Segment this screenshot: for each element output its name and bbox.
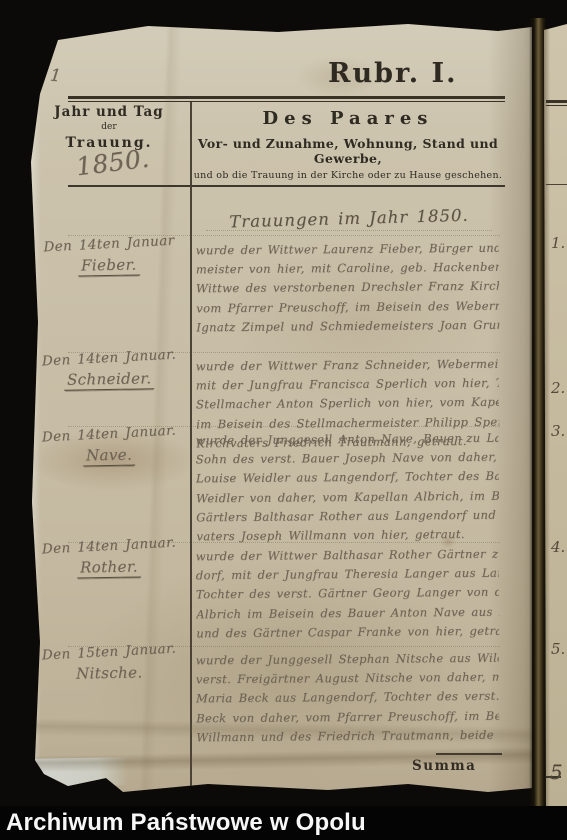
entry-date-nitsche: Den 15ten Januar. Nitsche. — [28, 644, 190, 683]
sliver-row-number: 1. — [551, 234, 565, 252]
entry-line: Albrich im Beisein des Bauer Anton Nave … — [196, 602, 499, 624]
entry-line: dorf, mit der Jungfrau Theresia Langer a… — [196, 564, 499, 586]
entry-date-schneider: Den 14ten Januar. Schneider. — [28, 350, 190, 390]
header-des-paares: Des Paares — [192, 108, 504, 129]
sliver-row-number: 5. — [551, 640, 565, 658]
entry-line: wurde der Wittwer Balthasar Rother Gärtn… — [196, 545, 499, 567]
entry-line: Beck von daher, vom Pfarrer Preuschoff, … — [196, 706, 499, 728]
entry-surname: Nave. — [83, 446, 136, 467]
entry-text-fieber: wurde der Wittwer Laurenz Fieber, Bürger… — [196, 239, 500, 338]
entry-date-nave: Den 14ten Januar. Nave. — [28, 426, 190, 466]
sliver-double-rule — [546, 100, 567, 106]
entry-line: Weidler von daher, vom Kapellan Albrich,… — [196, 486, 499, 508]
entry-line: wurde der Wittwer Laurenz Fieber, Bürger… — [196, 239, 499, 261]
entry-line: wurde der Junggesell Stephan Nitsche aus… — [196, 649, 499, 671]
column-header-date: Jahr und Tag der Trauung. — [30, 104, 188, 151]
entry-surname: Nitsche. — [73, 663, 146, 683]
entry-date-text: Den 14ten Januar — [28, 232, 191, 256]
rubric-title: Rubr. I. — [328, 58, 458, 89]
entry-surname: Fieber. — [78, 255, 140, 276]
entry-line: meister von hier, mit Caroline, geb. Hac… — [196, 258, 499, 280]
sliver-row-number: 4. — [551, 538, 565, 556]
archive-name: Archiwum Państwowe w Opolu — [6, 809, 366, 837]
entry-date-text: Den 14ten Januar. — [28, 346, 191, 370]
archive-caption-bar: Archiwum Państwowe w Opolu — [0, 806, 567, 840]
section-heading: Trauungen im Jahr 1850. — [206, 205, 492, 232]
entry-line: wurde der Wittwer Franz Schneider, Weber… — [196, 355, 499, 377]
pencil-page-number: 1 — [49, 65, 62, 86]
heading-dotted-rule — [206, 230, 492, 231]
sliver-row-number: 3. — [551, 422, 565, 440]
entry-surname: Schneider. — [64, 369, 155, 391]
entry-text-rother: wurde der Wittwer Balthasar Rother Gärtn… — [196, 545, 500, 644]
entry-line: wurde der Junggesell Anton Nave, Bauer z… — [196, 429, 499, 451]
header-subtitle-1: Vor- und Zunahme, Wohnung, Stand und Gew… — [192, 136, 504, 166]
header-top-double-rule — [68, 96, 505, 102]
entry-date-text: Den 14ten Januar. — [28, 422, 191, 446]
summa-rule — [436, 753, 502, 755]
register-page: 1 Rubr. I. Jahr und Tag der Trauung. 185… — [28, 22, 532, 792]
entry-line: Stellmacher Anton Sperlich von hier, vom… — [196, 393, 499, 415]
entry-line: Ignatz Zimpel und Schmiedemeisters Joan … — [196, 315, 499, 337]
entry-text-nave: wurde der Junggesell Anton Nave, Bauer z… — [196, 429, 500, 547]
entry-line: Willmann und des Friedrich Trautmann, be… — [196, 725, 499, 747]
entry-line: Sohn des verst. Bauer Joseph Nave von da… — [196, 448, 499, 470]
entry-date-text: Den 14ten Januar. — [28, 534, 191, 558]
entry-date-text: Den 15ten Januar. — [28, 640, 191, 664]
summa-label: Summa — [412, 758, 470, 774]
column-header-couple: Des Paares Vor- und Zunahme, Wohnung, St… — [192, 108, 504, 181]
entry-line: Gärtlers Balthasar Rother aus Langendorf… — [196, 505, 499, 527]
entry-date-rother: Den 14ten Januar. Rother. — [28, 538, 190, 578]
table-column-divider-rule — [190, 186, 192, 788]
entry-line: Maria Beck aus Langendorf, Tochter des v… — [196, 687, 499, 709]
header-subtitle-2: und ob die Trauung in der Kirche oder zu… — [192, 170, 504, 181]
entry-line: vaters Joseph Willmann von hier, getraut… — [196, 525, 499, 547]
next-page-sliver: 1. 2. 3. 4. 5. 5 — [544, 24, 567, 813]
header-der: der — [30, 122, 188, 132]
entry-line: Louise Weidler aus Langendorf, Tochter d… — [196, 467, 499, 489]
entry-line: Wittwe des verstorbenen Drechsler Franz … — [196, 277, 499, 299]
entry-text-nitsche: wurde der Junggesell Stephan Nitsche aus… — [196, 649, 500, 748]
sliver-summa-value: 5 — [550, 760, 563, 784]
paper-repair-patch — [32, 757, 128, 787]
sliver-row-number: 2. — [551, 379, 565, 397]
entry-line: verst. Freigärtner August Nitsche von da… — [196, 668, 499, 690]
entry-surname: Rother. — [77, 557, 141, 578]
header-bottom-rule — [68, 185, 505, 187]
header-jahr-und-tag: Jahr und Tag — [30, 104, 188, 120]
sliver-header-rule — [546, 184, 567, 185]
book-gutter — [529, 18, 546, 806]
photo-background: 1 Rubr. I. Jahr und Tag der Trauung. 185… — [0, 0, 567, 840]
entry-line: vom Pfarrer Preuschoff, im Beisein des W… — [196, 296, 499, 318]
entry-line: Tochter des verst. Gärtner Georg Langer … — [196, 583, 499, 605]
entry-line: mit der Jungfrau Francisca Sperlich von … — [196, 374, 499, 396]
entry-date-fieber: Den 14ten Januar Fieber. — [28, 236, 190, 276]
entry-line: und des Gärtner Caspar Franke von hier, … — [196, 621, 499, 643]
